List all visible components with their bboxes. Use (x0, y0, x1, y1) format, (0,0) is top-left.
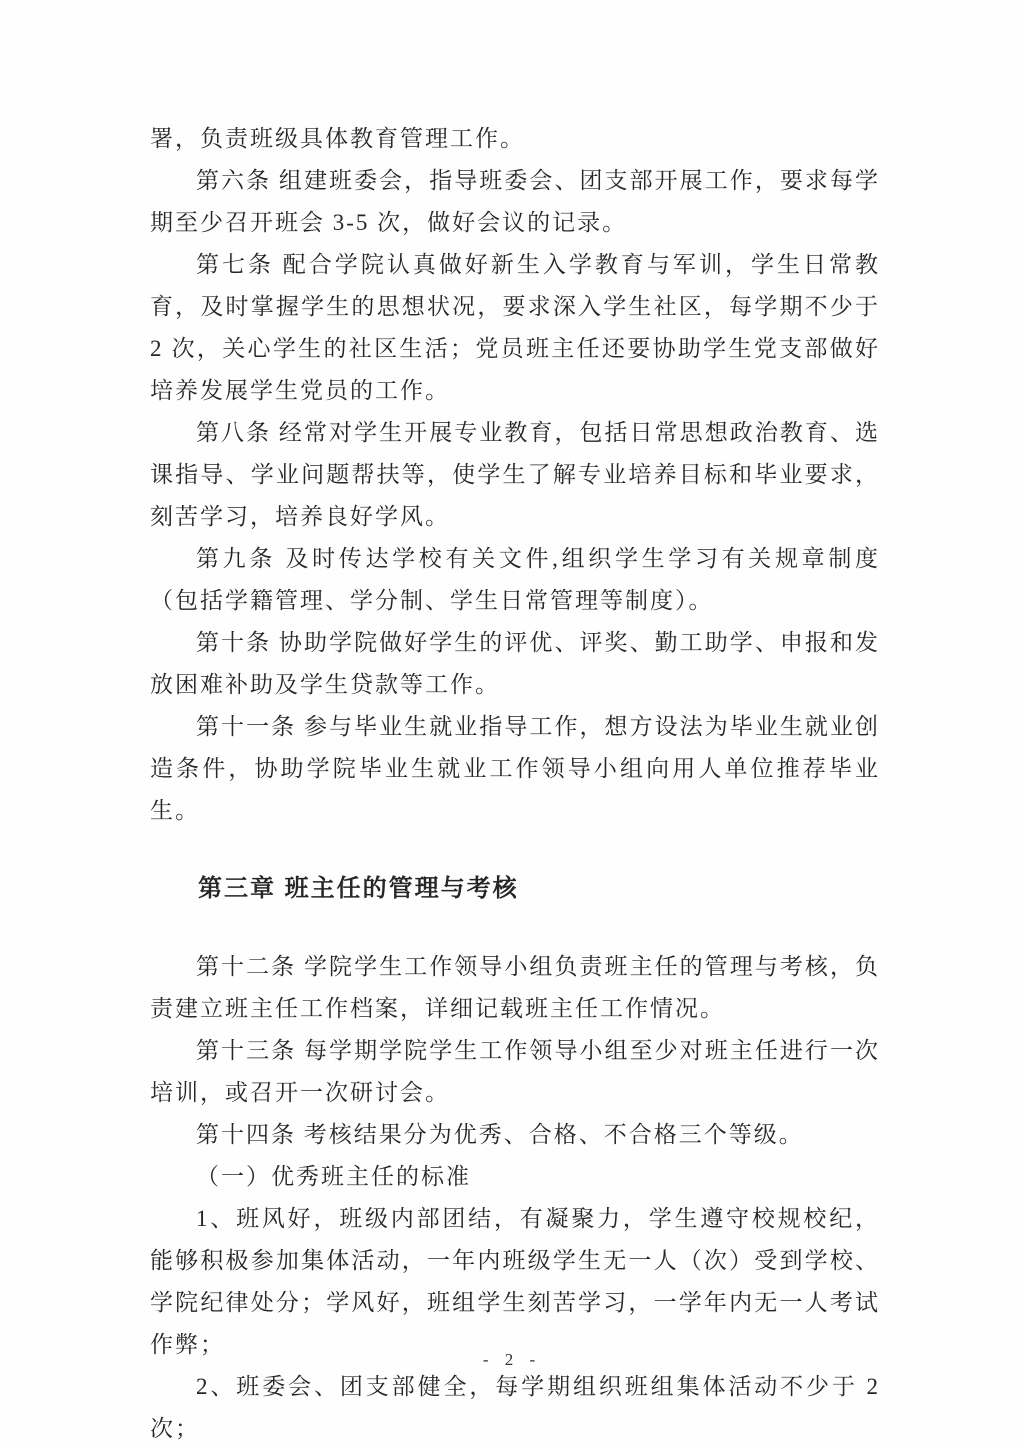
chapter-heading: 第三章 班主任的管理与考核 (150, 868, 880, 910)
document-body: 署，负责班级具体教育管理工作。 第六条 组建班委会，指导班委会、团支部开展工作，… (150, 118, 880, 1448)
paragraph-article-9: 第九条 及时传达学校有关文件,组织学生学习有关规章制度（包括学籍管理、学分制、学… (150, 538, 880, 622)
document-page: 署，负责班级具体教育管理工作。 第六条 组建班委会，指导班委会、团支部开展工作，… (0, 0, 1024, 1448)
paragraph-article-7: 第七条 配合学院认真做好新生入学教育与军训，学生日常教育，及时掌握学生的思想状况… (150, 244, 880, 412)
page-number: - 2 - (0, 1350, 1024, 1370)
paragraph-article-11: 第十一条 参与毕业生就业指导工作，想方设法为毕业生就业创造条件，协助学院毕业生就… (150, 706, 880, 832)
paragraph-article-8: 第八条 经常对学生开展专业教育，包括日常思想政治教育、选课指导、学业问题帮扶等，… (150, 412, 880, 538)
paragraph-item-1: 1、班风好，班级内部团结，有凝聚力，学生遵守校规校纪，能够积极参加集体活动，一年… (150, 1198, 880, 1366)
paragraph-subheading-1: （一）优秀班主任的标准 (150, 1156, 880, 1198)
paragraph-article-10: 第十条 协助学院做好学生的评优、评奖、勤工助学、申报和发放困难补助及学生贷款等工… (150, 622, 880, 706)
paragraph-continuation: 署，负责班级具体教育管理工作。 (150, 118, 880, 160)
paragraph-article-13: 第十三条 每学期学院学生工作领导小组至少对班主任进行一次培训，或召开一次研讨会。 (150, 1030, 880, 1114)
paragraph-item-2: 2、班委会、团支部健全，每学期组织班组集体活动不少于 2 次； (150, 1366, 880, 1448)
paragraph-article-6: 第六条 组建班委会，指导班委会、团支部开展工作，要求每学期至少召开班会 3-5 … (150, 160, 880, 244)
paragraph-article-12: 第十二条 学院学生工作领导小组负责班主任的管理与考核，负责建立班主任工作档案，详… (150, 946, 880, 1030)
paragraph-article-14: 第十四条 考核结果分为优秀、合格、不合格三个等级。 (150, 1114, 880, 1156)
